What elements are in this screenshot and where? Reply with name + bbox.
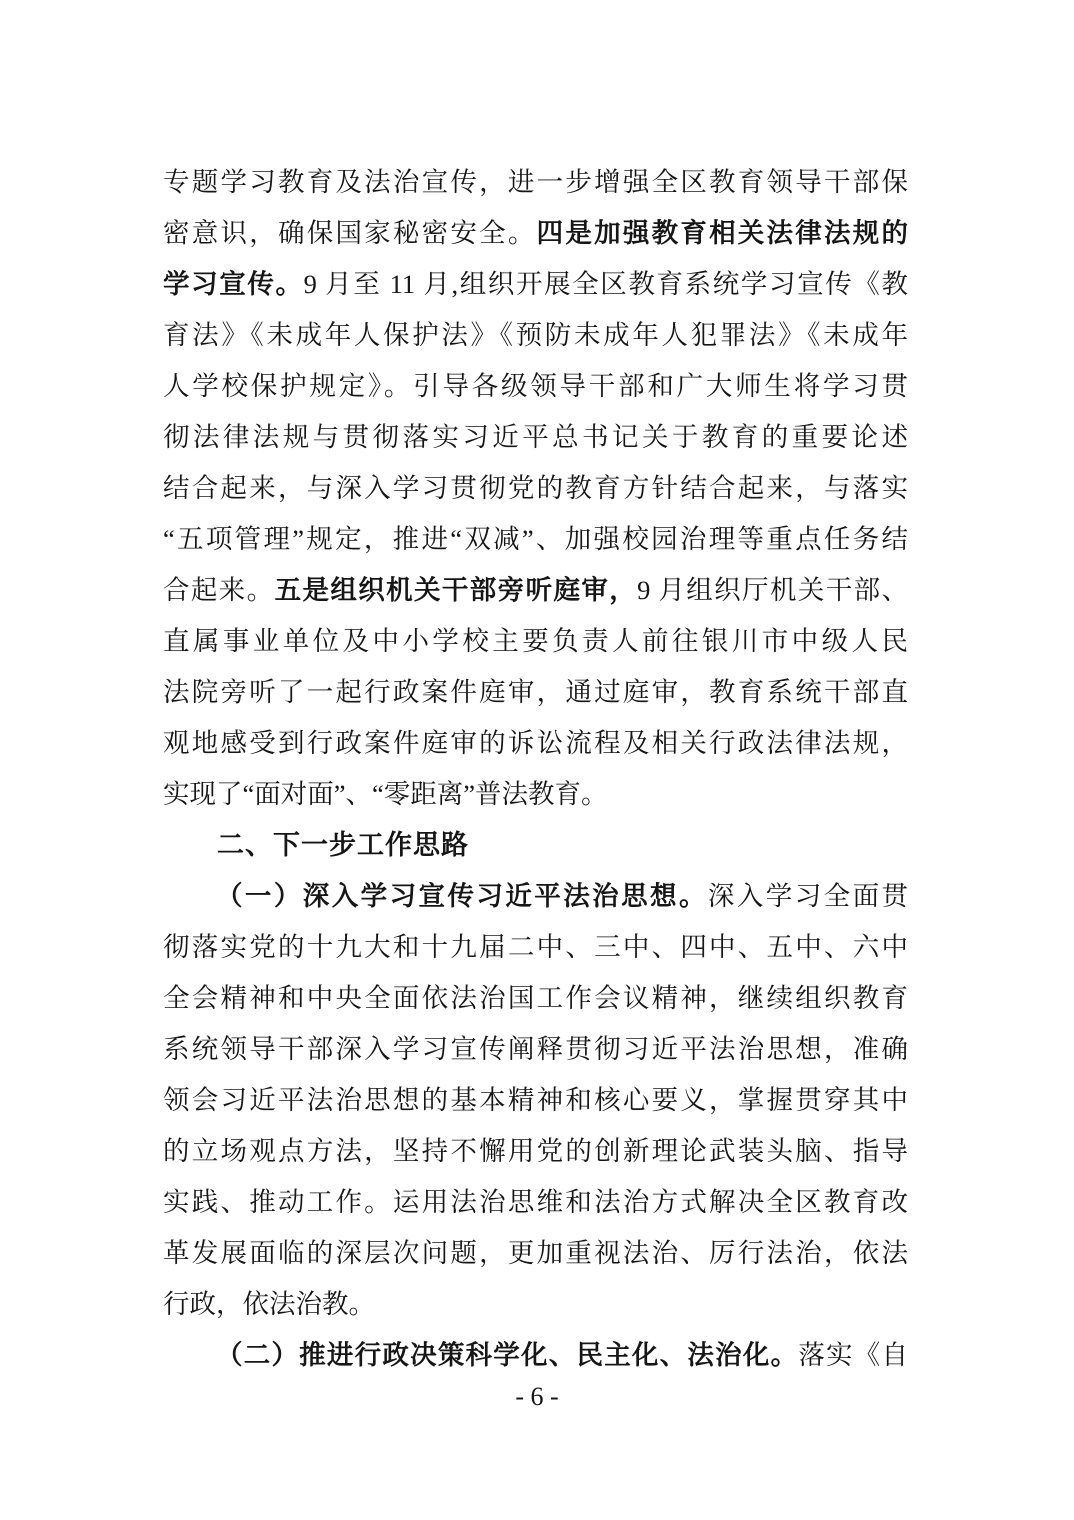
text-segment: 专题学习教育及法治宣传，进一步增强全区教育领导干部保 bbox=[163, 167, 908, 197]
text-line: 观地感受到行政案件庭审的诉讼流程及相关行政法律法规， bbox=[163, 718, 908, 769]
text-segment: 革发展面临的深层次问题，更加重视法治、厉行法治，依法 bbox=[163, 1238, 908, 1268]
text-line: 结合起来，与深入学习贯彻党的教育方针结合起来，与落实 bbox=[163, 463, 908, 514]
document-body: 专题学习教育及法治宣传，进一步增强全区教育领导干部保密意识，确保国家秘密安全。四… bbox=[163, 157, 908, 1381]
text-segment: 彻落实党的十九大和十九届二中、三中、四中、五中、六中 bbox=[163, 932, 908, 962]
text-line: 彻落实党的十九大和十九届二中、三中、四中、五中、六中 bbox=[163, 922, 908, 973]
text-line: 系统领导干部深入学习宣传阐释贯彻习近平法治思想，准确 bbox=[163, 1024, 908, 1075]
text-line: 直属事业单位及中小学校主要负责人前往银川市中级人民 bbox=[163, 616, 908, 667]
text-line: 革发展面临的深层次问题，更加重视法治、厉行法治，依法 bbox=[163, 1228, 908, 1279]
text-line: 领会习近平法治思想的基本精神和核心要义，掌握贯穿其中 bbox=[163, 1075, 908, 1126]
text-segment: 育法》《未成年人保护法》《预防未成年人犯罪法》《未成年 bbox=[163, 320, 908, 350]
text-line: 实践、推动工作。运用法治思维和法治方式解决全区教育改 bbox=[163, 1177, 908, 1228]
page-number: - 6 - bbox=[0, 1382, 1074, 1412]
text-line: （一）深入学习宣传习近平法治思想。深入学习全面贯 bbox=[163, 871, 908, 922]
text-segment: 人学校保护规定》。引导各级领导干部和广大师生将学习贯 bbox=[163, 371, 908, 401]
text-segment: 实践、推动工作。运用法治思维和法治方式解决全区教育改 bbox=[163, 1187, 908, 1217]
text-segment: 密意识，确保国家秘密安全。 bbox=[163, 218, 537, 248]
text-line: 人学校保护规定》。引导各级领导干部和广大师生将学习贯 bbox=[163, 361, 908, 412]
text-segment: 的立场观点方法，坚持不懈用党的创新理论武装头脑、指导 bbox=[163, 1136, 908, 1166]
text-line: 全会精神和中央全面依法治国工作会议精神，继续组织教育 bbox=[163, 973, 908, 1024]
text-segment: 实现了“面对面”、“零距离”普法教育。 bbox=[163, 779, 608, 809]
text-line: 合起来。五是组织机关干部旁听庭审，9 月组织厅机关干部、 bbox=[163, 565, 908, 616]
text-segment: 全会精神和中央全面依法治国工作会议精神，继续组织教育 bbox=[163, 983, 908, 1013]
text-line: 法院旁听了一起行政案件庭审，通过庭审，教育系统干部直 bbox=[163, 667, 908, 718]
page: 专题学习教育及法治宣传，进一步增强全区教育领导干部保密意识，确保国家秘密安全。四… bbox=[0, 0, 1074, 1520]
text-line: 学习宣传。9 月至 11 月,组织开展全区教育系统学习宣传《教 bbox=[163, 259, 908, 310]
text-segment: 法院旁听了一起行政案件庭审，通过庭审，教育系统干部直 bbox=[163, 677, 908, 707]
text-segment: 二、下一步工作思路 bbox=[217, 830, 469, 860]
text-segment: 彻法律法规与贯彻落实习近平总书记关于教育的重要论述 bbox=[163, 422, 908, 452]
text-segment: （一）深入学习宣传习近平法治思想。 bbox=[216, 881, 708, 911]
text-line: 育法》《未成年人保护法》《预防未成年人犯罪法》《未成年 bbox=[163, 310, 908, 361]
text-segment: 四是加强教育相关法律法规的 bbox=[537, 218, 908, 248]
text-segment: 9 月组织厅机关干部、 bbox=[637, 575, 908, 605]
text-segment: “五项管理”规定，推进“双减”、加强校园治理等重点任务结 bbox=[163, 524, 908, 554]
text-segment: 合起来。 bbox=[163, 575, 275, 605]
text-segment: 系统领导干部深入学习宣传阐释贯彻习近平法治思想，准确 bbox=[163, 1034, 908, 1064]
text-segment: 学习宣传。 bbox=[163, 269, 304, 299]
text-line: （二）推进行政决策科学化、民主化、法治化。落实《自 bbox=[163, 1330, 908, 1381]
text-line: 密意识，确保国家秘密安全。四是加强教育相关法律法规的 bbox=[163, 208, 908, 259]
text-segment: 深入学习全面贯 bbox=[708, 881, 908, 911]
text-line: 行政，依法治教。 bbox=[163, 1279, 908, 1330]
text-line: “五项管理”规定，推进“双减”、加强校园治理等重点任务结 bbox=[163, 514, 908, 565]
text-segment: 行政，依法治教。 bbox=[163, 1289, 375, 1319]
text-segment: 结合起来，与深入学习贯彻党的教育方针结合起来，与落实 bbox=[163, 473, 908, 503]
text-segment: 五是组织机关干部旁听庭审， bbox=[275, 575, 638, 605]
text-segment: 观地感受到行政案件庭审的诉讼流程及相关行政法律法规， bbox=[163, 728, 908, 758]
text-segment: 直属事业单位及中小学校主要负责人前往银川市中级人民 bbox=[163, 626, 908, 656]
text-segment: 9 月至 11 月,组织开展全区教育系统学习宣传《教 bbox=[304, 269, 908, 299]
text-line: 彻法律法规与贯彻落实习近平总书记关于教育的重要论述 bbox=[163, 412, 908, 463]
text-segment: 落实《自 bbox=[798, 1340, 908, 1370]
text-line: 实现了“面对面”、“零距离”普法教育。 bbox=[163, 769, 908, 820]
text-line: 的立场观点方法，坚持不懈用党的创新理论武装头脑、指导 bbox=[163, 1126, 908, 1177]
section-heading: 二、下一步工作思路 bbox=[163, 820, 908, 871]
text-line: 专题学习教育及法治宣传，进一步增强全区教育领导干部保 bbox=[163, 157, 908, 208]
text-segment: 领会习近平法治思想的基本精神和核心要义，掌握贯穿其中 bbox=[163, 1085, 908, 1115]
text-segment: （二）推进行政决策科学化、民主化、法治化。 bbox=[216, 1340, 798, 1370]
